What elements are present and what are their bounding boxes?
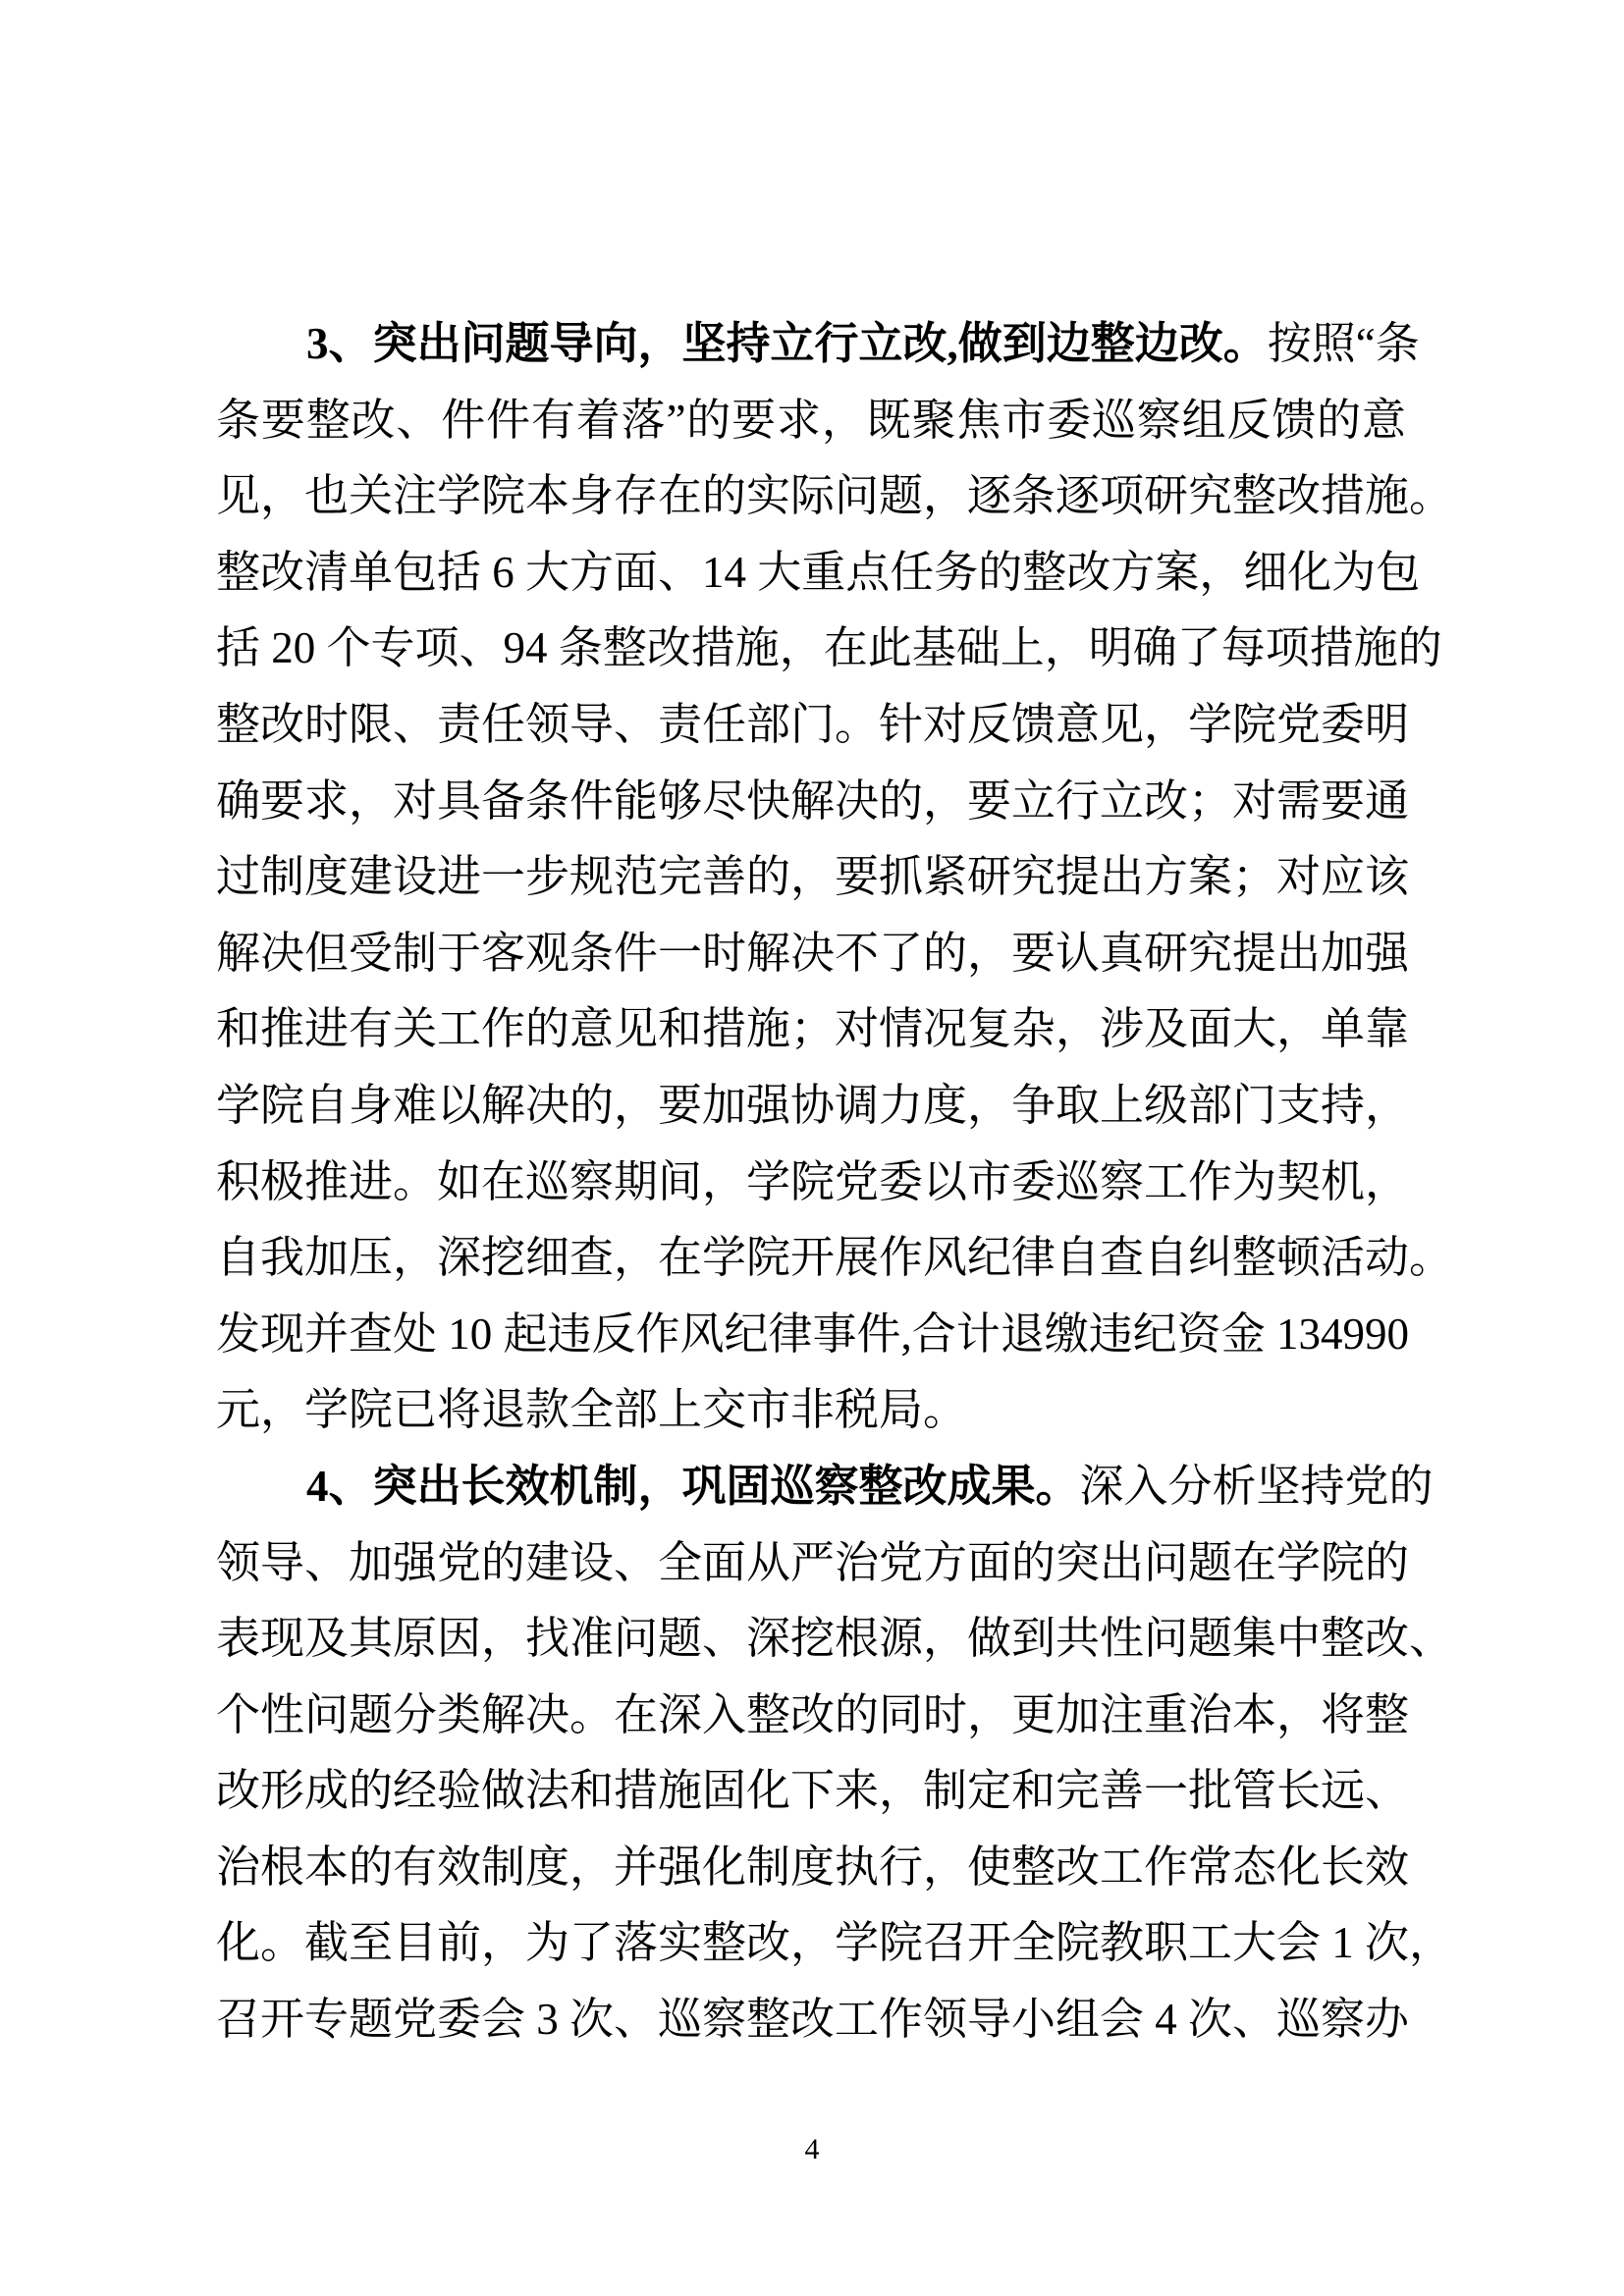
text-line: 发现并查处 10 起违反作风纪律事件,合计退缴违纪资金 134990 <box>216 1297 1406 1373</box>
text-line: 和推进有关工作的意见和措施；对情况复杂，涉及面大，单靠 <box>216 991 1406 1068</box>
document-body: 3、突出问题导向，坚持立行立改,做到边整边改。按照“条 条要整改、件件有着落”的… <box>216 306 1406 2058</box>
section-4-heading: 4、突出长效机制，巩固巡察整改成果。 <box>306 1462 1080 1511</box>
section-3-heading-line: 3、突出问题导向，坚持立行立改,做到边整边改。按照“条 <box>216 306 1406 383</box>
text-line: 解决但受制于客观条件一时解决不了的，要认真研究提出加强 <box>216 916 1406 992</box>
body-text-run: 深入分析坚持党的 <box>1080 1462 1434 1511</box>
body-text-run: 按照“条 <box>1268 319 1420 368</box>
text-line: 整改时限、责任领导、责任部门。针对反馈意见，学院党委明 <box>216 687 1406 764</box>
text-line: 确要求，对具备条件能够尽快解决的，要立行立改；对需要通 <box>216 764 1406 840</box>
text-line: 个性问题分类解决。在深入整改的同时，更加注重治本，将整 <box>216 1678 1406 1754</box>
text-line: 过制度建设进一步规范完善的，要抓紧研究提出方案；对应该 <box>216 839 1406 916</box>
text-line: 表现及其原因，找准问题、深挖根源，做到共性问题集中整改、 <box>216 1601 1406 1678</box>
text-line: 领导、加强党的建设、全面从严治党方面的突出问题在学院的 <box>216 1525 1406 1602</box>
text-line: 治根本的有效制度，并强化制度执行，使整改工作常态化长效 <box>216 1830 1406 1906</box>
page-number: 4 <box>0 2120 1624 2179</box>
text-line: 整改清单包括 6 大方面、14 大重点任务的整改方案，细化为包 <box>216 535 1406 612</box>
document-page: 3、突出问题导向，坚持立行立改,做到边整边改。按照“条 条要整改、件件有着落”的… <box>0 0 1624 2296</box>
text-line: 召开专题党委会 3 次、巡察整改工作领导小组会 4 次、巡察办 <box>216 1982 1406 2058</box>
section-3-heading: 3、突出问题导向，坚持立行立改,做到边整边改。 <box>306 319 1268 368</box>
paragraph-3-last-line: 元，学院已将退款全部上交市非税局。 <box>216 1372 1406 1449</box>
text-line: 括 20 个专项、94 条整改措施，在此基础上，明确了每项措施的 <box>216 611 1406 687</box>
section-4-heading-line: 4、突出长效机制，巩固巡察整改成果。深入分析坚持党的 <box>216 1449 1406 1525</box>
text-line: 条要整改、件件有着落”的要求，既聚焦市委巡察组反馈的意 <box>216 383 1406 459</box>
text-line: 化。截至目前，为了落实整改，学院召开全院教职工大会 1 次， <box>216 1905 1406 1982</box>
text-line: 见，也关注学院本身存在的实际问题，逐条逐项研究整改措施。 <box>216 458 1406 535</box>
text-line: 改形成的经验做法和措施固化下来，制定和完善一批管长远、 <box>216 1753 1406 1830</box>
text-line: 自我加压，深挖细查，在学院开展作风纪律自查自纠整顿活动。 <box>216 1220 1406 1297</box>
text-line: 积极推进。如在巡察期间，学院党委以市委巡察工作为契机， <box>216 1145 1406 1221</box>
text-line: 学院自身难以解决的，要加强协调力度，争取上级部门支持， <box>216 1068 1406 1145</box>
